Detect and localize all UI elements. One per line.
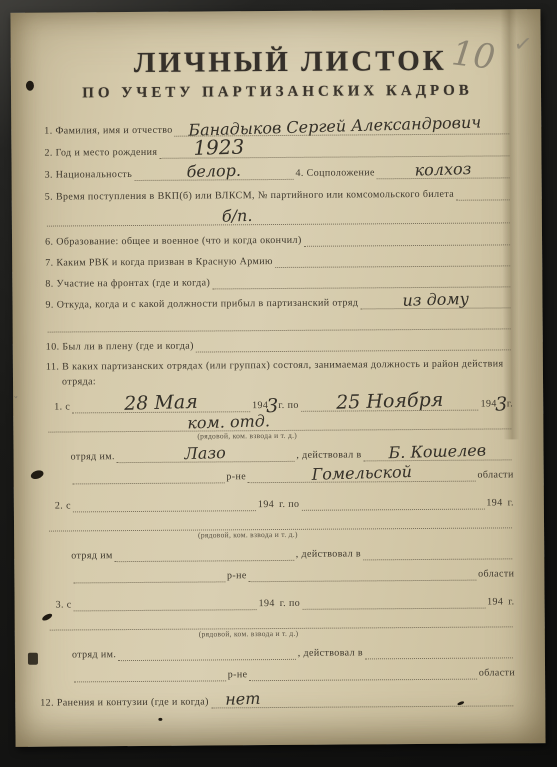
field-row-education: 6. Образование: общее и военное (что и к…	[45, 223, 512, 248]
hole-punch	[30, 469, 45, 481]
printed-year-po: г. по	[280, 598, 300, 610]
hole-punch	[26, 81, 34, 91]
handwritten-position: ком. отд.	[187, 414, 270, 430]
field-row-birth: 2. Год и место рождения 1923	[44, 134, 511, 159]
handwritten-value: нет	[225, 692, 261, 707]
oblast-label: области	[478, 568, 514, 580]
field-row-captivity: 10. Был ли в плену (где и когда)	[46, 329, 513, 353]
field-label: 3. Национальность	[45, 169, 133, 182]
oblast-label: области	[479, 667, 515, 679]
field-label: 2. Год и место рождения	[44, 147, 157, 160]
handwritten-district: Гомельской	[311, 465, 412, 482]
field-line: ком. отд.	[48, 410, 511, 432]
field-line: Б. Кошелев	[364, 441, 512, 461]
handwritten-detachment: Лазо	[185, 446, 227, 461]
form-header: ЛИЧНЫЙ ЛИСТОК 10 ✓ ПО УЧЕТУ ПАРТИЗАНСКИХ…	[44, 43, 511, 104]
ink-blot	[28, 653, 38, 665]
record-district-row: р-не области	[71, 559, 514, 583]
handwritten-value: белор.	[186, 164, 241, 180]
printed-year: 194	[486, 497, 502, 509]
field-line: 1923	[159, 136, 509, 158]
district-label: р-не	[227, 570, 247, 582]
detachment-label: отряд им.	[71, 451, 115, 463]
handwritten-date-to: 25 Ноября	[336, 393, 444, 410]
field-line	[73, 482, 225, 484]
record-number: 2. с	[55, 500, 71, 512]
field-line: Гомельской	[248, 463, 476, 484]
service-record-2: 2. с 194 г. по 194 г. (рядовой, ком. взв…	[47, 487, 515, 583]
field-row-wounds: 12. Ранения и контузии (где и когда) нет	[40, 683, 515, 709]
scan-background: ЛИЧНЫЙ ЛИСТОК 10 ✓ ПО УЧЕТУ ПАРТИЗАНСКИХ…	[0, 0, 557, 767]
handwritten-value: из дому	[402, 292, 469, 308]
field-row-surname: 1. Фамилия, имя и отчество Банадыков Сер…	[44, 111, 511, 137]
service-record-1: 1. с 28 Мая 194 3 г. по 25 Ноября 194 3 …	[46, 388, 514, 484]
field-row-party-continuation: б/п.	[45, 200, 512, 226]
printed-year-end: г.	[507, 398, 513, 410]
handwritten-acted-in: Б. Кошелев	[389, 444, 487, 461]
field-label: 4. Соцположение	[295, 167, 374, 180]
record-number: 3. с	[56, 599, 72, 611]
field-line	[249, 580, 476, 583]
field-row-party: 5. Время поступления в ВКП(б) или ВЛКСМ,…	[45, 178, 512, 203]
form-fields: 1. Фамилия, имя и отчество Банадыков Сер…	[44, 111, 515, 709]
record-position-row	[47, 509, 514, 531]
record-number: 1. с	[54, 401, 70, 413]
handwritten-date-from: 28 Мая	[124, 395, 198, 411]
field-line: нет	[211, 687, 514, 708]
printed-year-end: г.	[508, 497, 514, 509]
field-label: 12. Ранения и контузии (где и когда)	[40, 696, 209, 709]
field-line	[73, 581, 225, 583]
field-row-nationality-social: 3. Национальность белор. 4. Соцположение…	[44, 156, 511, 181]
printed-year-po: г. по	[279, 499, 299, 511]
acted-label: , действовал в	[296, 449, 361, 461]
field-line	[249, 679, 476, 682]
form-subtitle: ПО УЧЕТУ ПАРТИЗАНСКИХ КАДРОВ	[44, 79, 511, 104]
record-position-row	[48, 608, 515, 630]
handwritten-value: 1923	[173, 139, 244, 155]
ink-speck	[158, 718, 162, 721]
field-line: 25 Ноября	[301, 392, 479, 412]
printed-year: 194	[487, 596, 503, 608]
form-title: ЛИЧНЫЙ ЛИСТОК	[44, 43, 511, 80]
field-line: 28 Мая	[72, 393, 250, 413]
pencil-page-number: 10	[450, 33, 498, 78]
handwritten-value: б/п.	[221, 209, 252, 224]
pencil-tick-mark: ˇ	[13, 395, 19, 408]
field-label: 10. Был ли в плену (где и когда)	[46, 341, 194, 354]
record-dates-row: 1. с 28 Мая 194 3 г. по 25 Ноября 194 3 …	[54, 388, 513, 413]
field-line: колхоз	[377, 159, 510, 179]
record-district-row: р-не Гомельской области	[71, 460, 514, 484]
printed-year-po: г. по	[278, 400, 298, 412]
field-line: белор.	[134, 161, 293, 181]
printed-year: 194	[258, 499, 274, 511]
acted-label: , действовал в	[296, 548, 361, 560]
detachment-label: отряд им.	[72, 649, 116, 661]
printed-year-end: г.	[508, 596, 514, 608]
scanned-form: ЛИЧНЫЙ ЛИСТОК 10 ✓ ПО УЧЕТУ ПАРТИЗАНСКИХ…	[10, 9, 545, 747]
oblast-label: области	[477, 469, 513, 481]
field-label-detachments: 11. В каких партизанских отрядах (или гр…	[46, 356, 513, 389]
field-label: 1. Фамилия, имя и отчество	[44, 125, 173, 138]
pencil-check-mark: ✓	[512, 30, 534, 58]
detachment-label: отряд им	[71, 550, 113, 562]
handwritten-value: колхоз	[415, 162, 472, 178]
acted-label: , действовал в	[298, 647, 363, 659]
record-position-row: ком. отд.	[46, 410, 513, 432]
district-label: р-не	[228, 669, 248, 681]
district-label: р-не	[226, 471, 246, 483]
field-line: Банадыков Сергей Александрович	[175, 115, 510, 136]
record-dates-row: 3. с 194 г. по 194 г.	[55, 586, 514, 611]
field-line	[74, 680, 226, 682]
record-district-row: р-не области	[72, 658, 515, 682]
record-dates-row: 2. с 194 г. по 194 г.	[55, 487, 514, 512]
field-line	[196, 349, 511, 352]
printed-year: 194	[259, 598, 275, 610]
service-record-3: 3. с 194 г. по 194 г. (рядовой, ком. взв…	[47, 586, 515, 682]
field-line: из дому	[360, 289, 510, 309]
field-line: Лазо	[117, 443, 295, 463]
